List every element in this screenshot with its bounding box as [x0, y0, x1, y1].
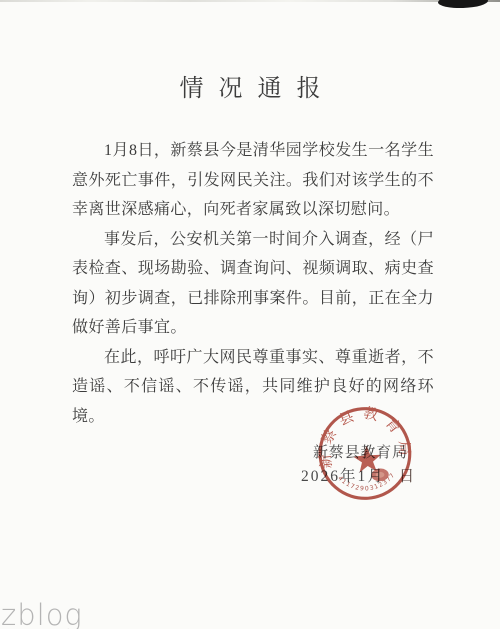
notice-title: 情况通报	[0, 68, 500, 103]
notice-paragraph-2: 事发后，公安机关第一时间介入调查，经（尸表检查、现场勘验、调查询问、视频调取、病…	[72, 225, 434, 343]
official-red-seal: 新蔡县教育局 4117290312377	[313, 403, 418, 507]
scanned-notice-page: 情况通报 1月8日，新蔡县今是清华园学校发生一名学生意外死亡事件，引发网民关注。…	[0, 0, 500, 629]
star-icon	[352, 445, 382, 473]
watermark-zblog: zblog	[1, 598, 83, 629]
notice-paragraph-1: 1月8日，新蔡县今是清华园学校发生一名学生意外死亡事件，引发网民关注。我们对该学…	[72, 136, 434, 225]
scan-artifact-ink-blob	[438, 0, 488, 9]
scan-artifact-top-edge	[0, 0, 500, 2]
notice-body: 1月8日，新蔡县今是清华园学校发生一名学生意外死亡事件，引发网民关注。我们对该学…	[72, 136, 434, 431]
signature-block: 新蔡县教育局 2026年1月日 新蔡县教育局 4117290312377	[290, 400, 460, 520]
